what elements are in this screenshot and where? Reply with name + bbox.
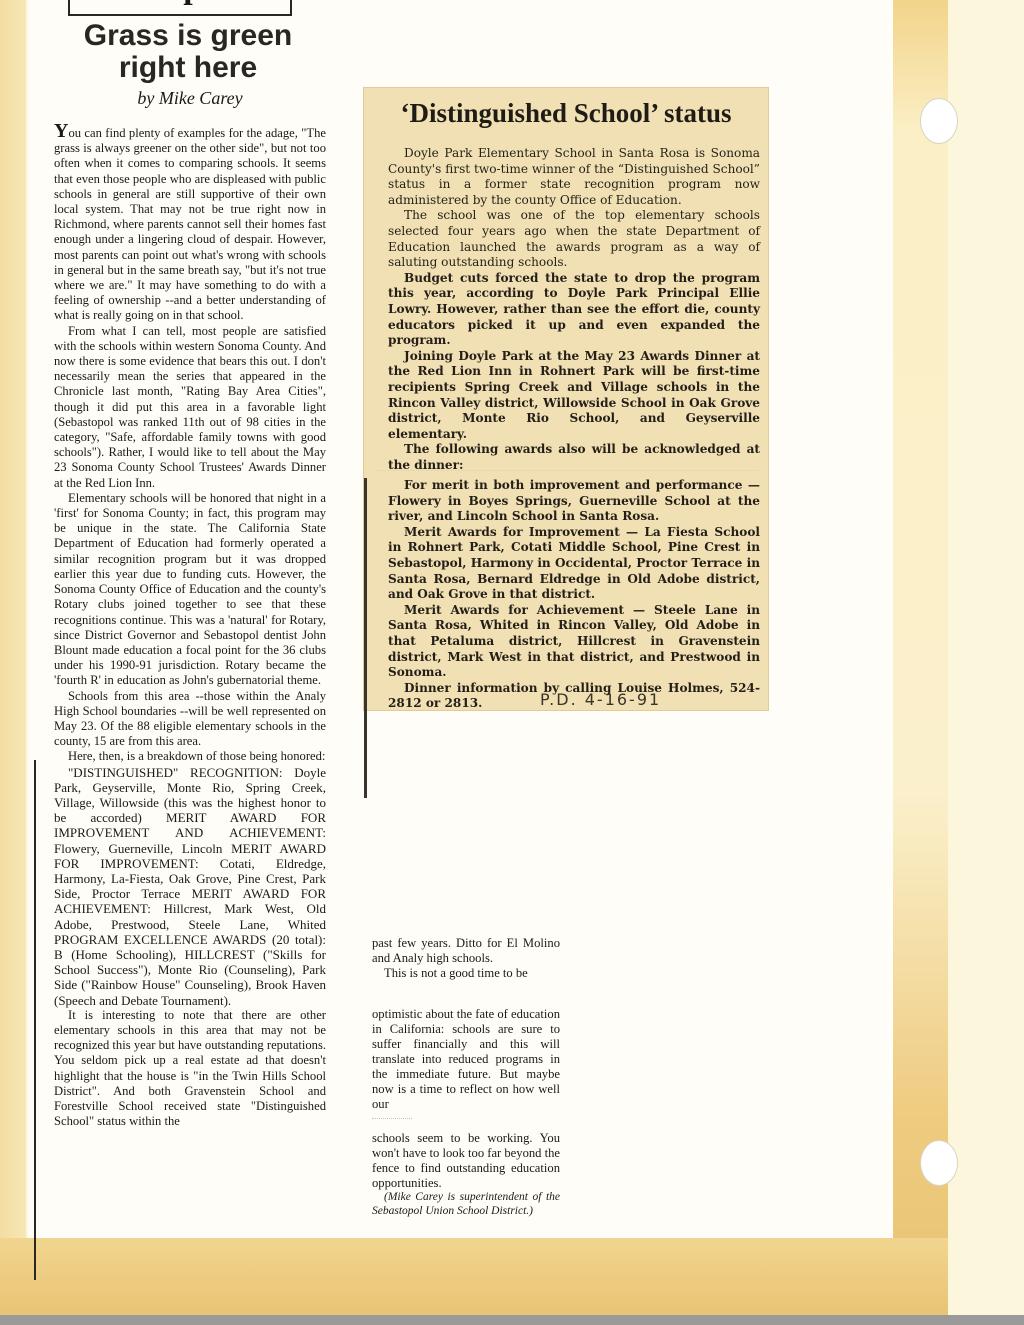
binder-hole-top (920, 98, 958, 144)
headline-line-1: Grass is green (48, 20, 328, 52)
award-paragraph: Merit Awards for Achievement — Steele La… (388, 603, 760, 681)
paragraph: Joining Doyle Park at the May 23 Awards … (388, 349, 760, 443)
paragraph: From what I can tell, most people are sa… (54, 324, 326, 491)
paragraph: You can find plenty of examples for the … (54, 124, 326, 324)
award-paragraph: For merit in both improvement and perfor… (388, 478, 760, 525)
paragraph: The following awards also will be acknow… (388, 442, 760, 473)
paragraph: It is interesting to note that there are… (54, 1008, 326, 1130)
clipping-headline: ‘Distinguished School’ status (364, 98, 768, 129)
awards-list-paragraph: "DISTINGUISHED" RECOGNITION: Doyle Park,… (54, 765, 326, 1008)
paragraph: Elementary schools will be honored that … (54, 491, 326, 689)
column-gap (372, 981, 560, 1007)
page-border-bottom (0, 1238, 948, 1318)
author-note: (Mike Carey is superintendent of the Seb… (372, 1191, 560, 1218)
scan-edge-shadow (0, 1315, 1024, 1325)
paragraph: The school was one of the top elementary… (388, 208, 760, 270)
handwritten-date-note: P.D. 4-16-91 (540, 690, 661, 709)
clipping-fold (374, 470, 758, 471)
binder-hole-bottom (920, 1140, 958, 1186)
headline-line-2: right here (48, 52, 328, 84)
news-clipping: ‘Distinguished School’ status Doyle Park… (364, 88, 768, 710)
byline: by Mike Carey (40, 88, 340, 109)
article-body: You can find plenty of examples for the … (54, 124, 326, 1129)
award-paragraph: Merit Awards for Improvement — La Fiesta… (388, 525, 760, 603)
drop-cap: Y (54, 120, 68, 142)
paragraph: Budget cuts forced the state to drop the… (388, 271, 760, 349)
column-gap (372, 1118, 412, 1131)
article-continuation: past few years. Ditto for El Molino and … (372, 936, 560, 1218)
clipping-rule (364, 478, 367, 798)
paragraph: past few years. Ditto for El Molino and … (372, 936, 560, 966)
clipping-body: Doyle Park Elementary School in Santa Ro… (388, 146, 760, 473)
column-rule (34, 760, 36, 1280)
paragraph: This is not a good time to be (372, 966, 560, 981)
paragraph: Schools from this area --those within th… (54, 689, 326, 750)
section-kicker: Guest speaker (68, 0, 292, 16)
paragraph: Here, then, is a breakdown of those bein… (54, 749, 326, 764)
awards-section: For merit in both improvement and perfor… (388, 478, 760, 712)
paragraph: Doyle Park Elementary School in Santa Ro… (388, 146, 760, 208)
scrapbook-page: Guest speaker Grass is green right here … (0, 0, 1024, 1325)
paragraph: schools seem to be working. You won't ha… (372, 1131, 560, 1191)
paragraph: optimistic about the fate of education i… (372, 1007, 560, 1112)
article-headline: Grass is green right here (48, 20, 328, 84)
page-border-left (0, 0, 26, 1325)
page-border-right (893, 0, 948, 1318)
